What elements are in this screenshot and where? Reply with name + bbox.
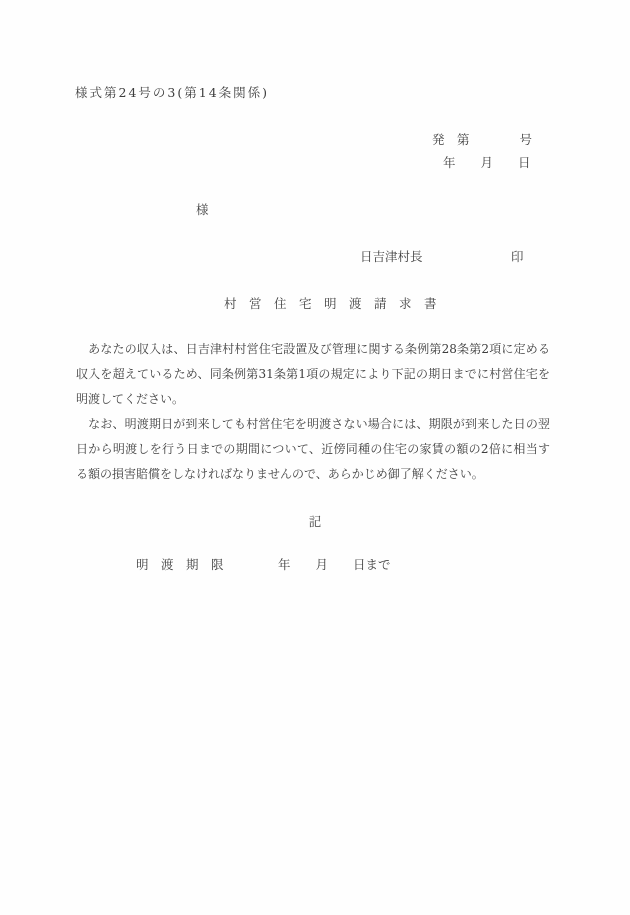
document-title: 村 営 住 宅 明 渡 請 求 書 bbox=[224, 296, 437, 312]
deadline-value: 年 月 日まで bbox=[278, 557, 391, 573]
sender-title: 日吉津村長 bbox=[360, 249, 423, 265]
form-number: 様式第24号の3(第14条関係) bbox=[75, 85, 269, 101]
body-paragraph: あなたの収入は、日吉津村村営住宅設置及び管理に関する条例第28条第2項に定める収… bbox=[76, 337, 550, 412]
addressee-honorific: 様 bbox=[196, 202, 209, 218]
body-paragraph: なお、明渡期日が到来しても村営住宅を明渡さない場合には、期限が到来した日の翌日か… bbox=[76, 412, 550, 487]
record-marker: 記 bbox=[0, 514, 630, 530]
document-body: あなたの収入は、日吉津村村営住宅設置及び管理に関する条例第28条第2項に定める収… bbox=[76, 337, 550, 487]
document-page: 様式第24号の3(第14条関係) 発 第 号 年 月 日 様 日吉津村長 印 村… bbox=[0, 0, 630, 915]
issue-date-line: 年 月 日 bbox=[443, 155, 531, 171]
issue-number-line: 発 第 号 bbox=[432, 132, 532, 148]
deadline-label: 明 渡 期 限 bbox=[136, 557, 224, 573]
seal-mark: 印 bbox=[511, 249, 524, 265]
